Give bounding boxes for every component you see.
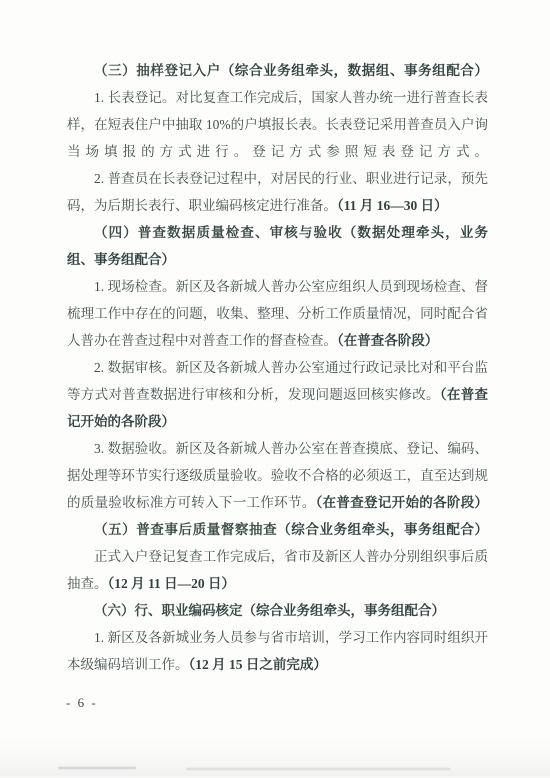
body-run: 样，在短表住户中抽取 10%的户填报长表。长表登记采用普查员入户询问、 <box>67 117 488 138</box>
text-line: 本级编码培训工作。（12 月 15 日之前完成） <box>67 651 488 678</box>
heading-line: 组、事务组配合） <box>67 246 488 273</box>
body-run: 2. 普查员在长表登记过程中，对居民的行业、职业进行记录，预先编 <box>67 171 488 192</box>
body-run: 本级编码培训工作。 <box>67 657 189 672</box>
scan-shadow-band <box>0 740 550 778</box>
annotation-run: （综合业务组牵头，事务组配合） <box>243 603 446 618</box>
heading-line: （三）抽样登记入户（综合业务组牵头，数据组、事务组配合） <box>67 57 488 84</box>
text-line: 人普办在普查过程中对普查工作的督查检查。（在普查各阶段） <box>67 327 488 354</box>
text-line: 1. 现场检查。新区及各新城人普办公室应组织人员到现场检查、督导， <box>67 273 488 300</box>
heading-title-run: （六）行、职业编码核定 <box>94 603 243 618</box>
text-line: 码，为后期长表行、职业编码核定进行准备。（11 月 16—30 日） <box>67 192 488 219</box>
document-body: （三）抽样登记入户（综合业务组牵头，数据组、事务组配合）1. 长表登记。对比复查… <box>67 57 488 678</box>
body-run: 1. 现场检查。新区及各新城人普办公室应组织人员到现场检查、督导， <box>67 279 488 300</box>
scan-streak <box>58 767 136 769</box>
body-run: 的质量验收标准方可转入下一工作环节。 <box>67 495 316 510</box>
heading-line: （四）普查数据质量检查、审核与验收（数据处理牵头，业务 <box>67 219 488 246</box>
text-line: 抽查。（12 月 11 日—20 日） <box>67 570 488 597</box>
body-run: 梳理工作中存在的问题，收集、整理、分析工作质量情况，同时配合省市 <box>67 306 488 327</box>
annotation-run: （11 月 16—30 日） <box>337 198 448 213</box>
annotation-run: （综合业务组牵头，事务组配合） <box>277 522 488 537</box>
annotation-run: 记开始的各阶段） <box>67 414 175 429</box>
text-line: 1. 新区及各新城业务人员参与省市培训，学习工作内容同时组织开展 <box>67 624 488 651</box>
text-line: 3. 数据验收。新区及各新城人普办公室在普查摸底、登记、编码、数 <box>67 435 488 462</box>
text-line: 2. 数据审核。新区及各新城人普办公室通过行政记录比对和平台监管 <box>67 354 488 381</box>
body-run: 当场填报的方式进行。登记方式参照短表登记方式。 <box>67 144 488 159</box>
body-run: 等方式对普查数据进行审核和分析，发现问题返回核实修改。 <box>67 387 440 402</box>
scan-streak <box>186 768 450 770</box>
body-run: 1. 新区及各新城业务人员参与省市培训，学习工作内容同时组织开展 <box>67 630 488 651</box>
body-run: 据处理等环节实行逐级质量验收。验收不合格的必须返工，直至达到规定 <box>67 468 488 489</box>
body-run: 3. 数据验收。新区及各新城人普办公室在普查摸底、登记、编码、数 <box>67 441 488 462</box>
text-line: 的质量验收标准方可转入下一工作环节。（在普查登记开始的各阶段） <box>67 489 488 516</box>
heading-title-run: （五）普查事后质量督察抽查 <box>94 522 277 537</box>
text-line: 等方式对普查数据进行审核和分析，发现问题返回核实修改。（在普查登 <box>67 381 488 408</box>
body-run: 抽查。 <box>67 576 108 591</box>
annotation-run: （数据处理牵头，业务 <box>343 225 488 240</box>
document-page: （三）抽样登记入户（综合业务组牵头，数据组、事务组配合）1. 长表登记。对比复查… <box>0 0 550 778</box>
body-run: 码，为后期长表行、职业编码核定进行准备。 <box>67 198 337 213</box>
text-line: 2. 普查员在长表登记过程中，对居民的行业、职业进行记录，预先编 <box>67 165 488 192</box>
annotation-run: （综合业务组牵头，数据组、事务组配合） <box>221 63 488 78</box>
text-line: 梳理工作中存在的问题，收集、整理、分析工作质量情况，同时配合省市 <box>67 300 488 327</box>
page-number: - 6 - <box>66 695 98 711</box>
text-line: 样，在短表住户中抽取 10%的户填报长表。长表登记采用普查员入户询问、 <box>67 111 488 138</box>
text-line: 当场填报的方式进行。登记方式参照短表登记方式。（11 月 16—30 日） <box>67 138 488 165</box>
annotation-run: （在普查各阶段） <box>337 333 438 348</box>
body-run: 正式入户登记复查工作完成后，省市及新区人普办分别组织事后质量 <box>67 549 488 570</box>
annotation-run: （12 月 11 日—20 日） <box>108 576 236 591</box>
text-line: 记开始的各阶段） <box>67 408 488 435</box>
heading-title-run: （四）普查数据质量检查、审核与验收 <box>94 225 343 240</box>
text-line: 1. 长表登记。对比复查工作完成后，国家人普办统一进行普查长表抽 <box>67 84 488 111</box>
heading-line: （六）行、职业编码核定（综合业务组牵头，事务组配合） <box>67 597 488 624</box>
body-run: 人普办在普查过程中对普查工作的督查检查。 <box>67 333 337 348</box>
heading-line: （五）普查事后质量督察抽查（综合业务组牵头，事务组配合） <box>67 516 488 543</box>
heading-title-run: （三）抽样登记入户 <box>94 63 221 78</box>
body-run: 2. 数据审核。新区及各新城人普办公室通过行政记录比对和平台监管 <box>67 360 488 381</box>
text-line: 据处理等环节实行逐级质量验收。验收不合格的必须返工，直至达到规定 <box>67 462 488 489</box>
annotation-run: （12 月 15 日之前完成） <box>189 657 327 672</box>
body-run: 1. 长表登记。对比复查工作完成后，国家人普办统一进行普查长表抽 <box>67 90 488 111</box>
annotation-run: 组、事务组配合） <box>67 252 175 267</box>
annotation-run: （在普查登记开始的各阶段） <box>316 495 488 510</box>
text-line: 正式入户登记复查工作完成后，省市及新区人普办分别组织事后质量 <box>67 543 488 570</box>
